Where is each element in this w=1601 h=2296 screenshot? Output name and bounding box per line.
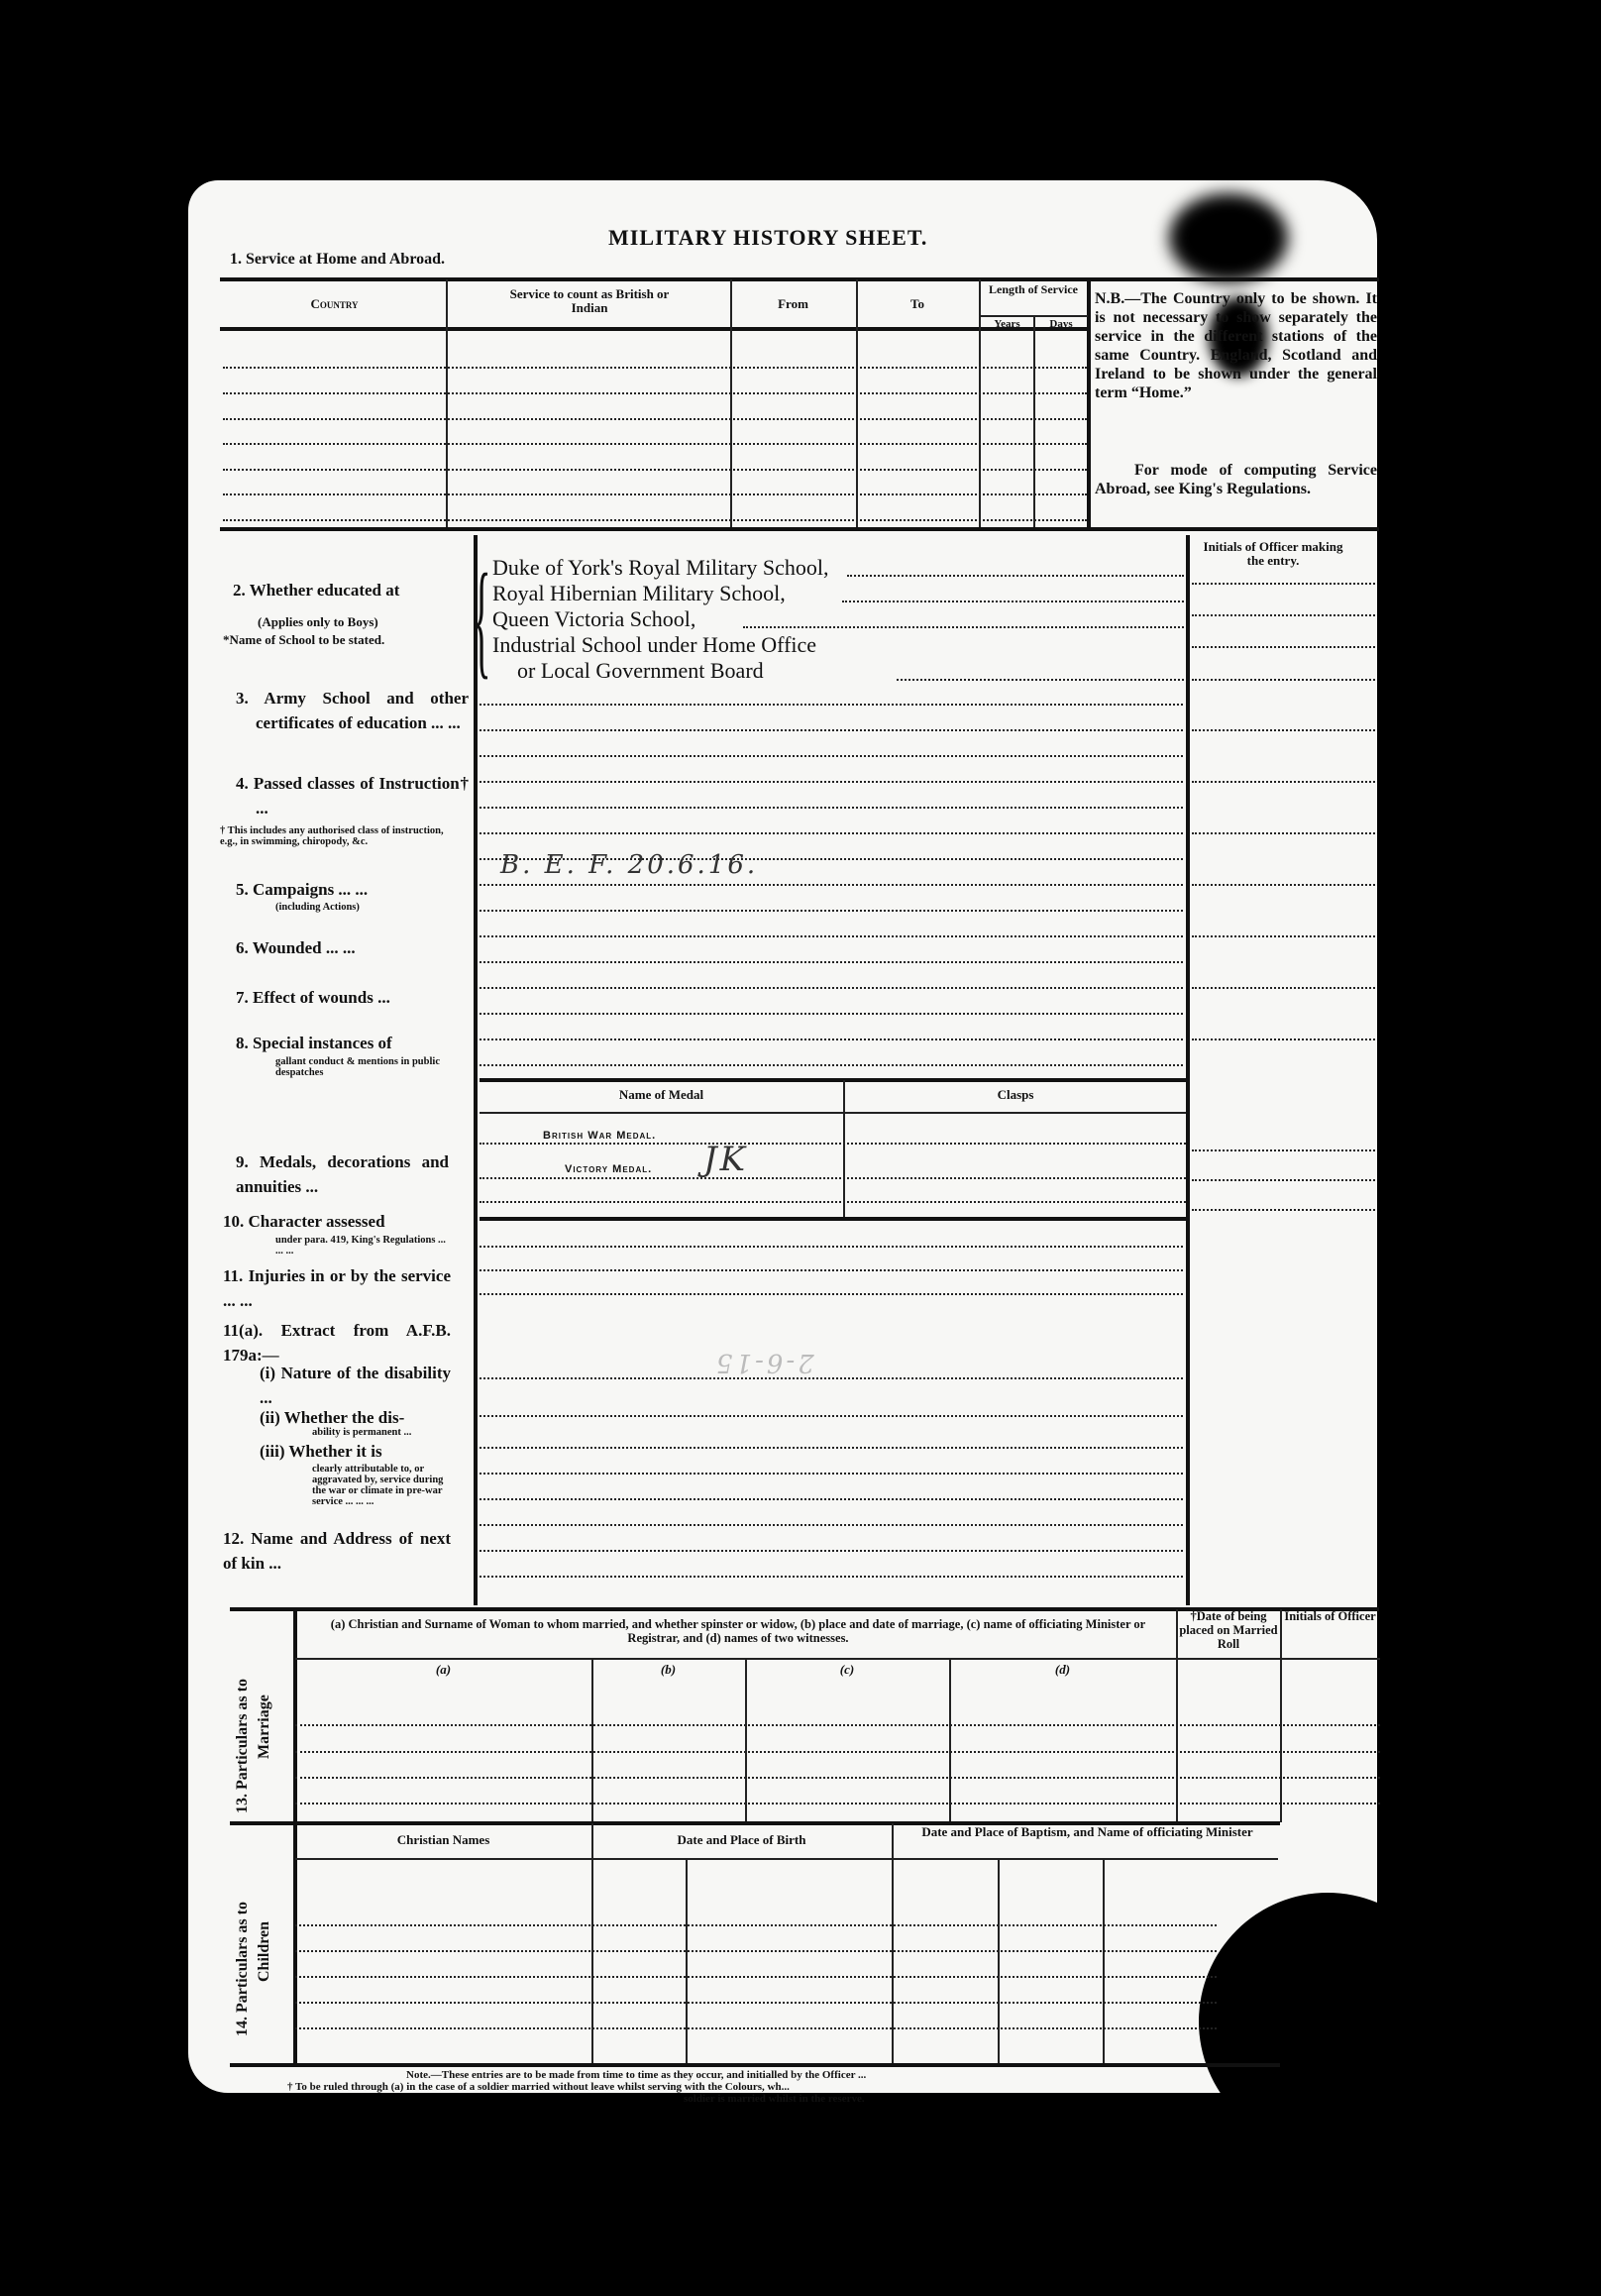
entry-line xyxy=(480,1377,1183,1379)
entry-line xyxy=(480,1269,1183,1271)
entry-line xyxy=(480,884,1183,886)
entry-line xyxy=(480,807,1183,809)
col-header-years: Years xyxy=(981,317,1033,331)
rule xyxy=(230,2063,1280,2067)
section13-side-label2: Marriage xyxy=(256,1695,273,1759)
col-header-from: From xyxy=(730,297,856,311)
entry-line xyxy=(1192,884,1375,886)
entry-line xyxy=(295,1976,1217,1978)
entry-line xyxy=(897,679,1184,681)
entry-line xyxy=(223,367,1087,369)
footer-note: soldier is married whilst in the reserve… xyxy=(684,2093,865,2105)
col-divider xyxy=(949,1660,951,1823)
entry-line xyxy=(480,1473,1183,1475)
col-header-medal: Name of Medal xyxy=(480,1088,843,1102)
entry-line xyxy=(295,2002,1217,2004)
entry-line xyxy=(295,1724,1380,1726)
entry-line xyxy=(480,1576,1183,1578)
entry-line xyxy=(480,1201,1186,1203)
entry-line xyxy=(480,1064,1183,1066)
entry-line xyxy=(1192,935,1375,937)
footer-note: Note.—These entries are to be made from … xyxy=(406,2069,866,2081)
entry-line xyxy=(1192,987,1375,989)
entry-line xyxy=(295,1950,1217,1952)
section3-label: 3. Army School and other certificates of… xyxy=(236,686,469,735)
section2-sub1: (Applies only to Boys) xyxy=(258,616,378,627)
entry-line xyxy=(1192,614,1375,616)
col-divider xyxy=(1280,1609,1282,1822)
section10-sub: under para. 419, King's Regulations ... … xyxy=(275,1235,449,1257)
school-option: Duke of York's Royal Military School, xyxy=(492,555,828,580)
entry-line xyxy=(1192,1179,1375,1181)
col-c: (c) xyxy=(745,1663,949,1677)
section2-sub2: *Name of School to be stated. xyxy=(223,634,384,645)
col-d: (d) xyxy=(949,1663,1176,1677)
section13-side-label: 13. Particulars as to xyxy=(234,1679,252,1813)
section9-label: 9. Medals, decorations and annuities ... xyxy=(236,1149,449,1199)
school-option: Royal Hibernian Military School, xyxy=(492,581,786,605)
entry-line xyxy=(480,935,1183,937)
col-divider xyxy=(591,1823,593,2066)
entry-line xyxy=(1192,1149,1375,1151)
rule xyxy=(295,1858,1278,1860)
footer-note: † To be ruled through (a) in the case of… xyxy=(287,2081,790,2093)
section11a-i: (i) Nature of the disability ... xyxy=(260,1361,451,1410)
school-option: or Local Government Board xyxy=(517,658,764,683)
entry-line xyxy=(1192,729,1375,731)
rule xyxy=(295,1658,1380,1660)
medal-entry: Victory Medal. xyxy=(565,1163,652,1175)
entry-line xyxy=(480,1177,1186,1179)
officer-initials: JK xyxy=(703,1140,748,1179)
entry-line xyxy=(1192,646,1375,648)
entry-line xyxy=(223,392,1087,394)
initials-col-rule xyxy=(1186,535,1190,1605)
section1-heading: 1. Service at Home and Abroad. xyxy=(230,251,445,269)
col-b: (b) xyxy=(591,1663,745,1677)
section14-side-label: 14. Particulars as to xyxy=(234,1902,252,2036)
col-header-clasps: Clasps xyxy=(845,1088,1186,1102)
col-divider xyxy=(591,1660,593,1823)
entry-line xyxy=(1192,832,1375,834)
entry-line xyxy=(743,626,1184,628)
entry-line xyxy=(223,469,1087,471)
col-divider xyxy=(730,279,732,527)
rule xyxy=(220,327,1087,331)
col-divider xyxy=(446,279,448,527)
campaign-entry: B. E. F. 20.6.16. xyxy=(500,850,758,880)
entry-line xyxy=(480,910,1183,912)
entry-line xyxy=(480,781,1183,783)
col-divider xyxy=(745,1660,747,1823)
entry-line xyxy=(1192,1209,1375,1211)
section11a-iii-sub: clearly attributable to, or aggravated b… xyxy=(312,1464,451,1507)
entry-line xyxy=(480,1415,1183,1417)
col-birth: Date and Place of Birth xyxy=(591,1833,892,1847)
section4-footnote: † This includes any authorised class of … xyxy=(220,825,458,847)
entry-line xyxy=(480,1013,1183,1015)
entry-line xyxy=(480,1039,1183,1040)
entry-line xyxy=(223,519,1087,521)
school-option: Industrial School under Home Office xyxy=(492,632,816,657)
entry-line xyxy=(295,1924,1217,1926)
body-left-rule xyxy=(474,535,478,1605)
rule xyxy=(480,1078,1186,1082)
faint-entry: 2-6-15 xyxy=(713,1348,814,1377)
entry-line xyxy=(480,1550,1183,1552)
col-divider xyxy=(998,1860,1000,2066)
entry-line xyxy=(480,987,1183,989)
nb-note: N.B.—The Country only to be shown. It is… xyxy=(1095,289,1377,402)
section10-label: 10. Character assessed xyxy=(223,1209,451,1234)
col-divider xyxy=(1176,1609,1178,1822)
section11a-iii: (iii) Whether it is xyxy=(260,1439,451,1464)
entry-line xyxy=(223,443,1087,445)
damage-stain xyxy=(1169,193,1288,282)
nb-note-computing: For mode of computing Service Abroad, se… xyxy=(1095,461,1377,498)
col-header-service: Service to count as British or Indian xyxy=(495,287,684,315)
col-header-length: Length of Service xyxy=(989,282,1078,296)
entry-line xyxy=(223,418,1087,420)
rule xyxy=(220,277,1379,281)
col-header-to: To xyxy=(856,297,979,311)
marriage-header: (a) Christian and Surname of Woman to wh… xyxy=(307,1617,1169,1645)
col-christian-names: Christian Names xyxy=(295,1833,591,1847)
entry-line xyxy=(1192,1039,1375,1040)
entry-line xyxy=(1192,781,1375,783)
entry-line xyxy=(295,1777,1380,1779)
section11a-ii-sub: ability is permanent ... xyxy=(312,1427,411,1438)
col-divider xyxy=(892,1823,894,2066)
entry-line xyxy=(480,755,1183,757)
entry-line xyxy=(295,1803,1380,1804)
school-option: Queen Victoria School, xyxy=(492,606,695,631)
entry-line xyxy=(480,1498,1183,1500)
damage-stain xyxy=(1382,1486,1441,1903)
section7-label: 7. Effect of wounds ... xyxy=(236,985,449,1010)
col-header-country: Country xyxy=(223,297,446,311)
entry-line xyxy=(1192,679,1375,681)
col-header-days: Days xyxy=(1035,317,1087,331)
rule xyxy=(480,1217,1186,1221)
section11-label: 11. Injuries in or by the service ... ..… xyxy=(223,1263,451,1313)
medal-entry: British War Medal. xyxy=(543,1130,656,1142)
entry-line xyxy=(480,1524,1183,1526)
entry-line xyxy=(847,575,1184,577)
entry-line xyxy=(480,832,1183,834)
col-a: (a) xyxy=(295,1663,591,1677)
entry-line xyxy=(480,1246,1183,1248)
col-divider xyxy=(686,1860,688,2066)
entry-line xyxy=(295,2027,1217,2029)
col-divider xyxy=(1103,1860,1105,2066)
damage-stain xyxy=(1199,1893,1456,2150)
initials-officer-header: Initials of Officer xyxy=(1283,1609,1377,1623)
entry-line xyxy=(480,961,1183,963)
entry-line xyxy=(480,729,1183,731)
section4-label: 4. Passed classes of Instruction† ... xyxy=(236,771,469,820)
section6-label: 6. Wounded ... ... xyxy=(236,935,449,960)
col-divider xyxy=(856,279,858,527)
entry-line xyxy=(480,1447,1183,1449)
section5-sub: (including Actions) xyxy=(275,902,360,913)
page-title: MILITARY HISTORY SHEET. xyxy=(608,225,927,251)
rule xyxy=(220,527,1379,531)
rule xyxy=(480,1112,1186,1114)
section5-label: 5. Campaigns ... ... xyxy=(236,877,449,902)
entry-line xyxy=(1192,583,1375,585)
entry-line xyxy=(480,704,1183,706)
entry-line xyxy=(480,1293,1183,1295)
entry-line xyxy=(223,493,1087,495)
entry-line xyxy=(842,601,1184,602)
entry-line xyxy=(295,1751,1380,1753)
section14-side-label2: Children xyxy=(256,1921,273,1982)
section8-label: 8. Special instances of xyxy=(236,1031,449,1055)
section8-sub: gallant conduct & mentions in public des… xyxy=(275,1056,449,1078)
section2-label: 2. Whether educated at xyxy=(233,578,451,602)
initials-header: Initials of Officer making the entry. xyxy=(1194,540,1352,568)
section12-label: 12. Name and Address of next of kin ... xyxy=(223,1526,451,1576)
married-roll-header: †Date of being placed on Married Roll xyxy=(1179,1609,1278,1651)
brace: { xyxy=(473,555,491,684)
col-baptism: Date and Place of Baptism, and Name of o… xyxy=(897,1825,1278,1839)
entry-line xyxy=(480,1143,1186,1145)
